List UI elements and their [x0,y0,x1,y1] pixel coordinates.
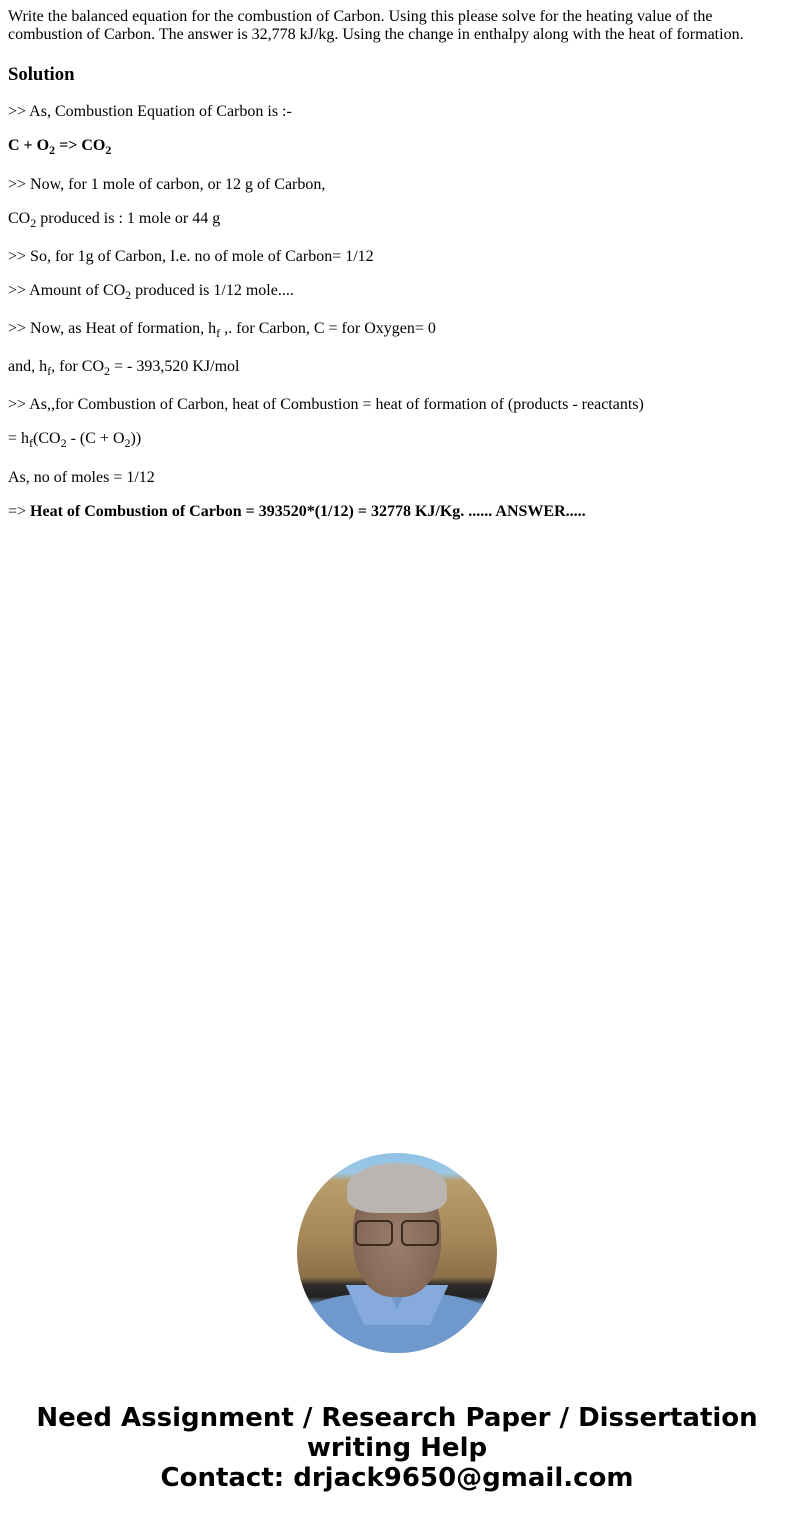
solution-line-7: >> Now, as Heat of formation, hf ,. for … [8,320,436,338]
promo-line-2: writing Help [0,1433,794,1463]
text-part: >> Amount of CO [8,282,125,299]
text-part: >> Now, as Heat of formation, h [8,320,216,337]
text-part: = h [8,430,29,447]
question-text: Write the balanced equation for the comb… [8,8,786,44]
solution-heading: Solution [8,64,74,86]
combustion-equation: C + O2 => CO2 [8,137,111,155]
text-part: , for CO [51,358,104,375]
solution-line-5: >> So, for 1g of Carbon, I.e. no of mole… [8,248,374,266]
solution-line-4: CO2 produced is : 1 mole or 44 g [8,210,220,228]
avatar-glasses [355,1220,393,1246]
text-part: CO [8,210,30,227]
arrow-prefix: => [8,503,30,520]
question-block: Write the balanced equation for the comb… [8,8,786,44]
final-answer: => Heat of Combustion of Carbon = 393520… [8,503,586,521]
promo-line-1: Need Assignment / Research Paper / Disse… [0,1403,794,1433]
promo-banner: Need Assignment / Research Paper / Disse… [0,1403,794,1493]
text-part: produced is 1/12 mole.... [131,282,294,299]
avatar-glasses [401,1220,439,1246]
text-part: - (C + O [67,430,125,447]
solution-line-8: and, hf, for CO2 = - 393,520 KJ/mol [8,358,239,376]
eq-part: => CO [55,137,105,154]
solution-line-1: >> As, Combustion Equation of Carbon is … [8,103,292,121]
eq-part: C + O [8,137,49,154]
text-part: ,. for Carbon, C = for Oxygen= 0 [220,320,436,337]
text-part: (CO [33,430,61,447]
author-avatar [297,1153,497,1353]
text-part: produced is : 1 mole or 44 g [36,210,220,227]
solution-line-11: As, no of moles = 1/12 [8,469,155,487]
solution-line-9: >> As,,for Combustion of Carbon, heat of… [8,396,644,414]
solution-line-3: >> Now, for 1 mole of carbon, or 12 g of… [8,176,325,194]
answer-text: Heat of Combustion of Carbon = 393520*(1… [30,503,586,520]
avatar-hair [347,1163,447,1213]
solution-line-6: >> Amount of CO2 produced is 1/12 mole..… [8,282,294,300]
promo-contact: Contact: drjack9650@gmail.com [0,1463,794,1493]
text-part: )) [131,430,142,447]
text-part: and, h [8,358,47,375]
solution-line-10: = hf(CO2 - (C + O2)) [8,430,141,448]
text-part: = - 393,520 KJ/mol [110,358,239,375]
subscript: 2 [105,143,111,157]
